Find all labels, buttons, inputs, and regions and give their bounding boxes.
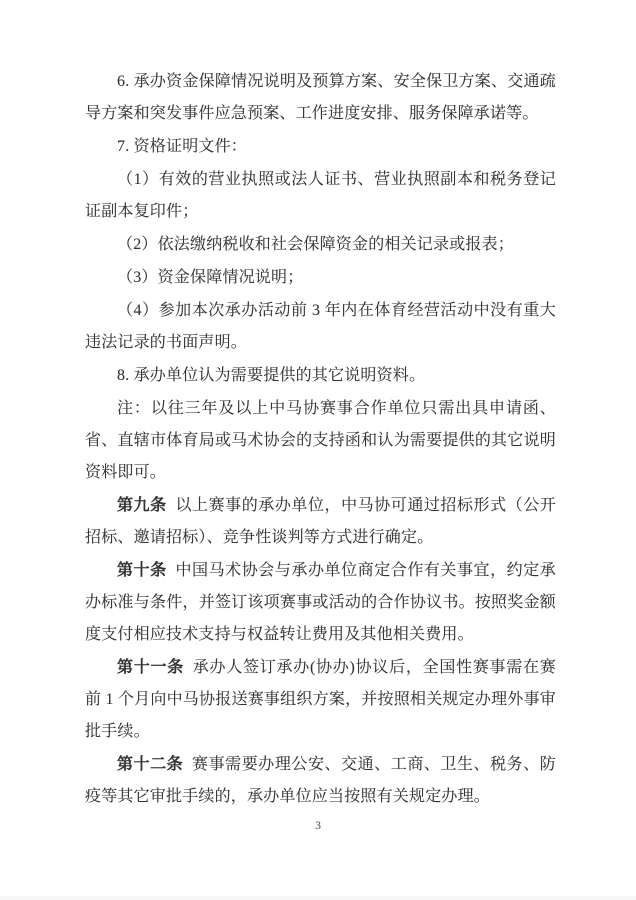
paragraph-text: 6. 承办资金保障情况说明及预算方案、安全保卫方案、交通疏导方案和突发事件应急预… bbox=[85, 73, 556, 122]
article-number: 第十一条 bbox=[117, 659, 184, 676]
paragraph: （1）有效的营业执照或法人证书、营业执照副本和税务登记证副本复印件； bbox=[85, 164, 556, 228]
paragraph: 第十一条承办人签订承办(协办)协议后，全国性赛事需在赛前 1 个月向中马协报送赛… bbox=[85, 652, 556, 748]
paragraph: （4）参加本次承办活动前 3 年内在体育经营活动中没有重大违法记录的书面声明。 bbox=[85, 295, 556, 359]
paragraph-text: 8. 承办单位认为需要提供的其它说明资料。 bbox=[117, 367, 425, 384]
document-page: 6. 承办资金保障情况说明及预算方案、安全保卫方案、交通疏导方案和突发事件应急预… bbox=[0, 0, 636, 900]
paragraph: 第十条中国马术协会与承办单位商定合作有关事宜，约定承办标准与条件，并签订该项赛事… bbox=[85, 555, 556, 651]
paragraph: （2）依法缴纳税收和社会保障资金的相关记录或报表； bbox=[85, 229, 556, 261]
paragraph-text: 注：以往三年及以上中马协赛事合作单位只需出具申请函、省、直辖市体育局或马术协会的… bbox=[85, 400, 556, 481]
paragraph-text: （1）有效的营业执照或法人证书、营业执照副本和税务登记证副本复印件； bbox=[85, 171, 556, 220]
paragraph: 7. 资格证明文件： bbox=[85, 131, 556, 163]
paragraph-text: （3）资金保障情况说明； bbox=[117, 269, 303, 286]
page-number: 3 bbox=[0, 818, 636, 833]
article-number: 第十条 bbox=[117, 562, 167, 579]
paragraph: 第十二条赛事需要办理公安、交通、工商、卫生、税务、防疫等其它审批手续的，承办单位… bbox=[85, 749, 556, 813]
paragraph-text: 7. 资格证明文件： bbox=[117, 138, 247, 155]
article-number: 第九条 bbox=[117, 497, 167, 514]
article-number: 第十二条 bbox=[117, 756, 183, 773]
paragraph: （3）资金保障情况说明； bbox=[85, 262, 556, 294]
paragraph: 注：以往三年及以上中马协赛事合作单位只需出具申请函、省、直辖市体育局或马术协会的… bbox=[85, 393, 556, 489]
paragraph: 第九条以上赛事的承办单位，中马协可通过招标形式（公开招标、邀请招标）、竞争性谈判… bbox=[85, 490, 556, 554]
paragraph: 6. 承办资金保障情况说明及预算方案、安全保卫方案、交通疏导方案和突发事件应急预… bbox=[85, 66, 556, 130]
paragraph: 8. 承办单位认为需要提供的其它说明资料。 bbox=[85, 360, 556, 392]
document-body: 6. 承办资金保障情况说明及预算方案、安全保卫方案、交通疏导方案和突发事件应急预… bbox=[0, 0, 636, 813]
paragraph-text: （4）参加本次承办活动前 3 年内在体育经营活动中没有重大违法记录的书面声明。 bbox=[85, 302, 556, 351]
paragraph-text: （2）依法缴纳税收和社会保障资金的相关记录或报表； bbox=[117, 236, 514, 253]
